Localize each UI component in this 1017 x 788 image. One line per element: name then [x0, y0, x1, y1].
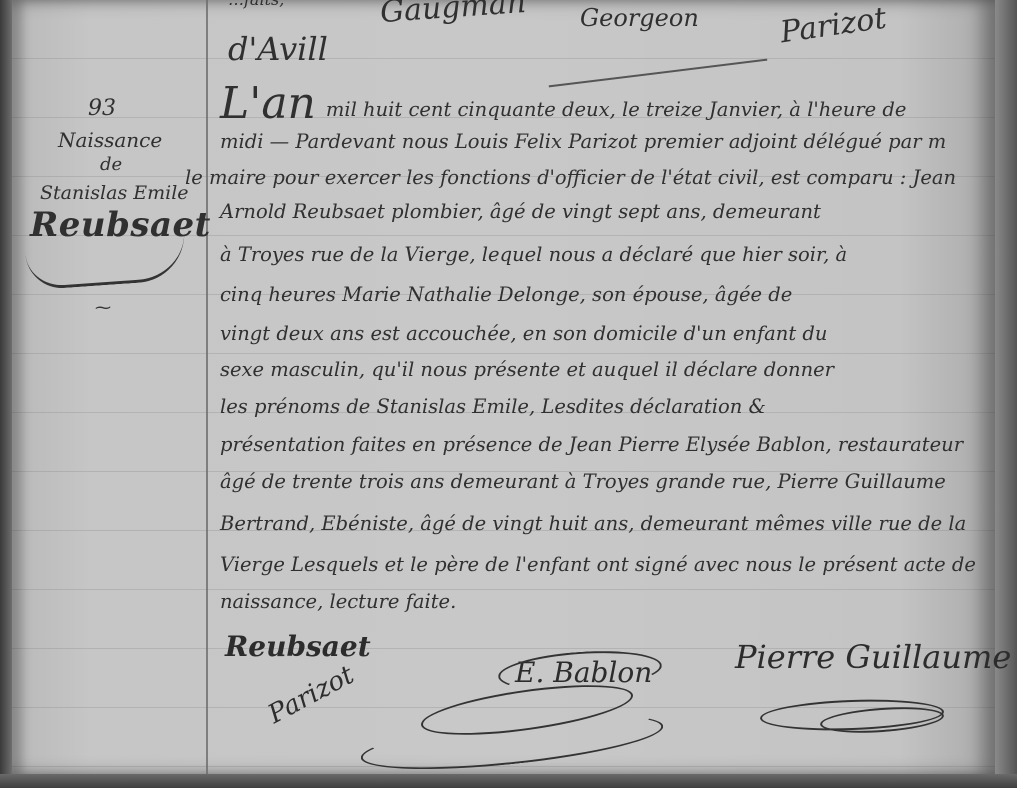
body-line-12: Vierge Lesquels et le père de l'enfant o…: [220, 553, 976, 576]
body-line-3: Arnold Reubsaet plombier, âgé de vingt s…: [220, 200, 821, 223]
body-line-11: Bertrand, Ebéniste, âgé de vingt huit an…: [220, 512, 966, 535]
body-line-9: présentation faites en présence de Jean …: [220, 433, 963, 456]
body-line-8: les prénoms de Stanislas Emile, Lesdites…: [220, 395, 766, 418]
margin-mark: ⁓: [95, 298, 111, 317]
opening-word: L'an: [220, 78, 316, 129]
place-heading: d'Avill: [228, 30, 328, 68]
signature-witness-2: Pierre Guillaume: [735, 638, 1011, 676]
body-line-4: à Troyes rue de la Vierge, lequel nous a…: [220, 243, 847, 266]
previous-signature-2: Georgeon: [580, 4, 699, 32]
entry-number: 93: [88, 96, 116, 121]
signature-father: Reubsaet: [225, 630, 371, 663]
body-line-text: mil huit cent cinquante deux, le treize …: [326, 98, 907, 121]
margin-label-given-names: Stanislas Emile: [40, 182, 189, 204]
margin-label-de: de: [100, 154, 122, 175]
margin-rule-line: [206, 0, 208, 788]
body-line-1: midi — Pardevant nous Louis Felix Parizo…: [220, 130, 946, 153]
body-line-10: âgé de trente trois ans demeurant à Troy…: [220, 470, 946, 493]
body-line-0: L'anmil huit cent cinquante deux, le tre…: [220, 78, 906, 129]
previous-entry-tail: …faits,: [228, 0, 284, 9]
page-bottom-edge: [0, 774, 1017, 788]
margin-label-naissance: Naissance: [58, 128, 162, 152]
body-line-13: naissance, lecture faite.: [220, 590, 456, 613]
body-line-5: cinq heures Marie Nathalie Delonge, son …: [220, 283, 792, 306]
body-line-7: sexe masculin, qu'il nous présente et au…: [220, 358, 834, 381]
body-line-2: le maire pour exercer les fonctions d'of…: [185, 166, 956, 189]
body-line-6: vingt deux ans est accouchée, en son dom…: [220, 322, 827, 345]
